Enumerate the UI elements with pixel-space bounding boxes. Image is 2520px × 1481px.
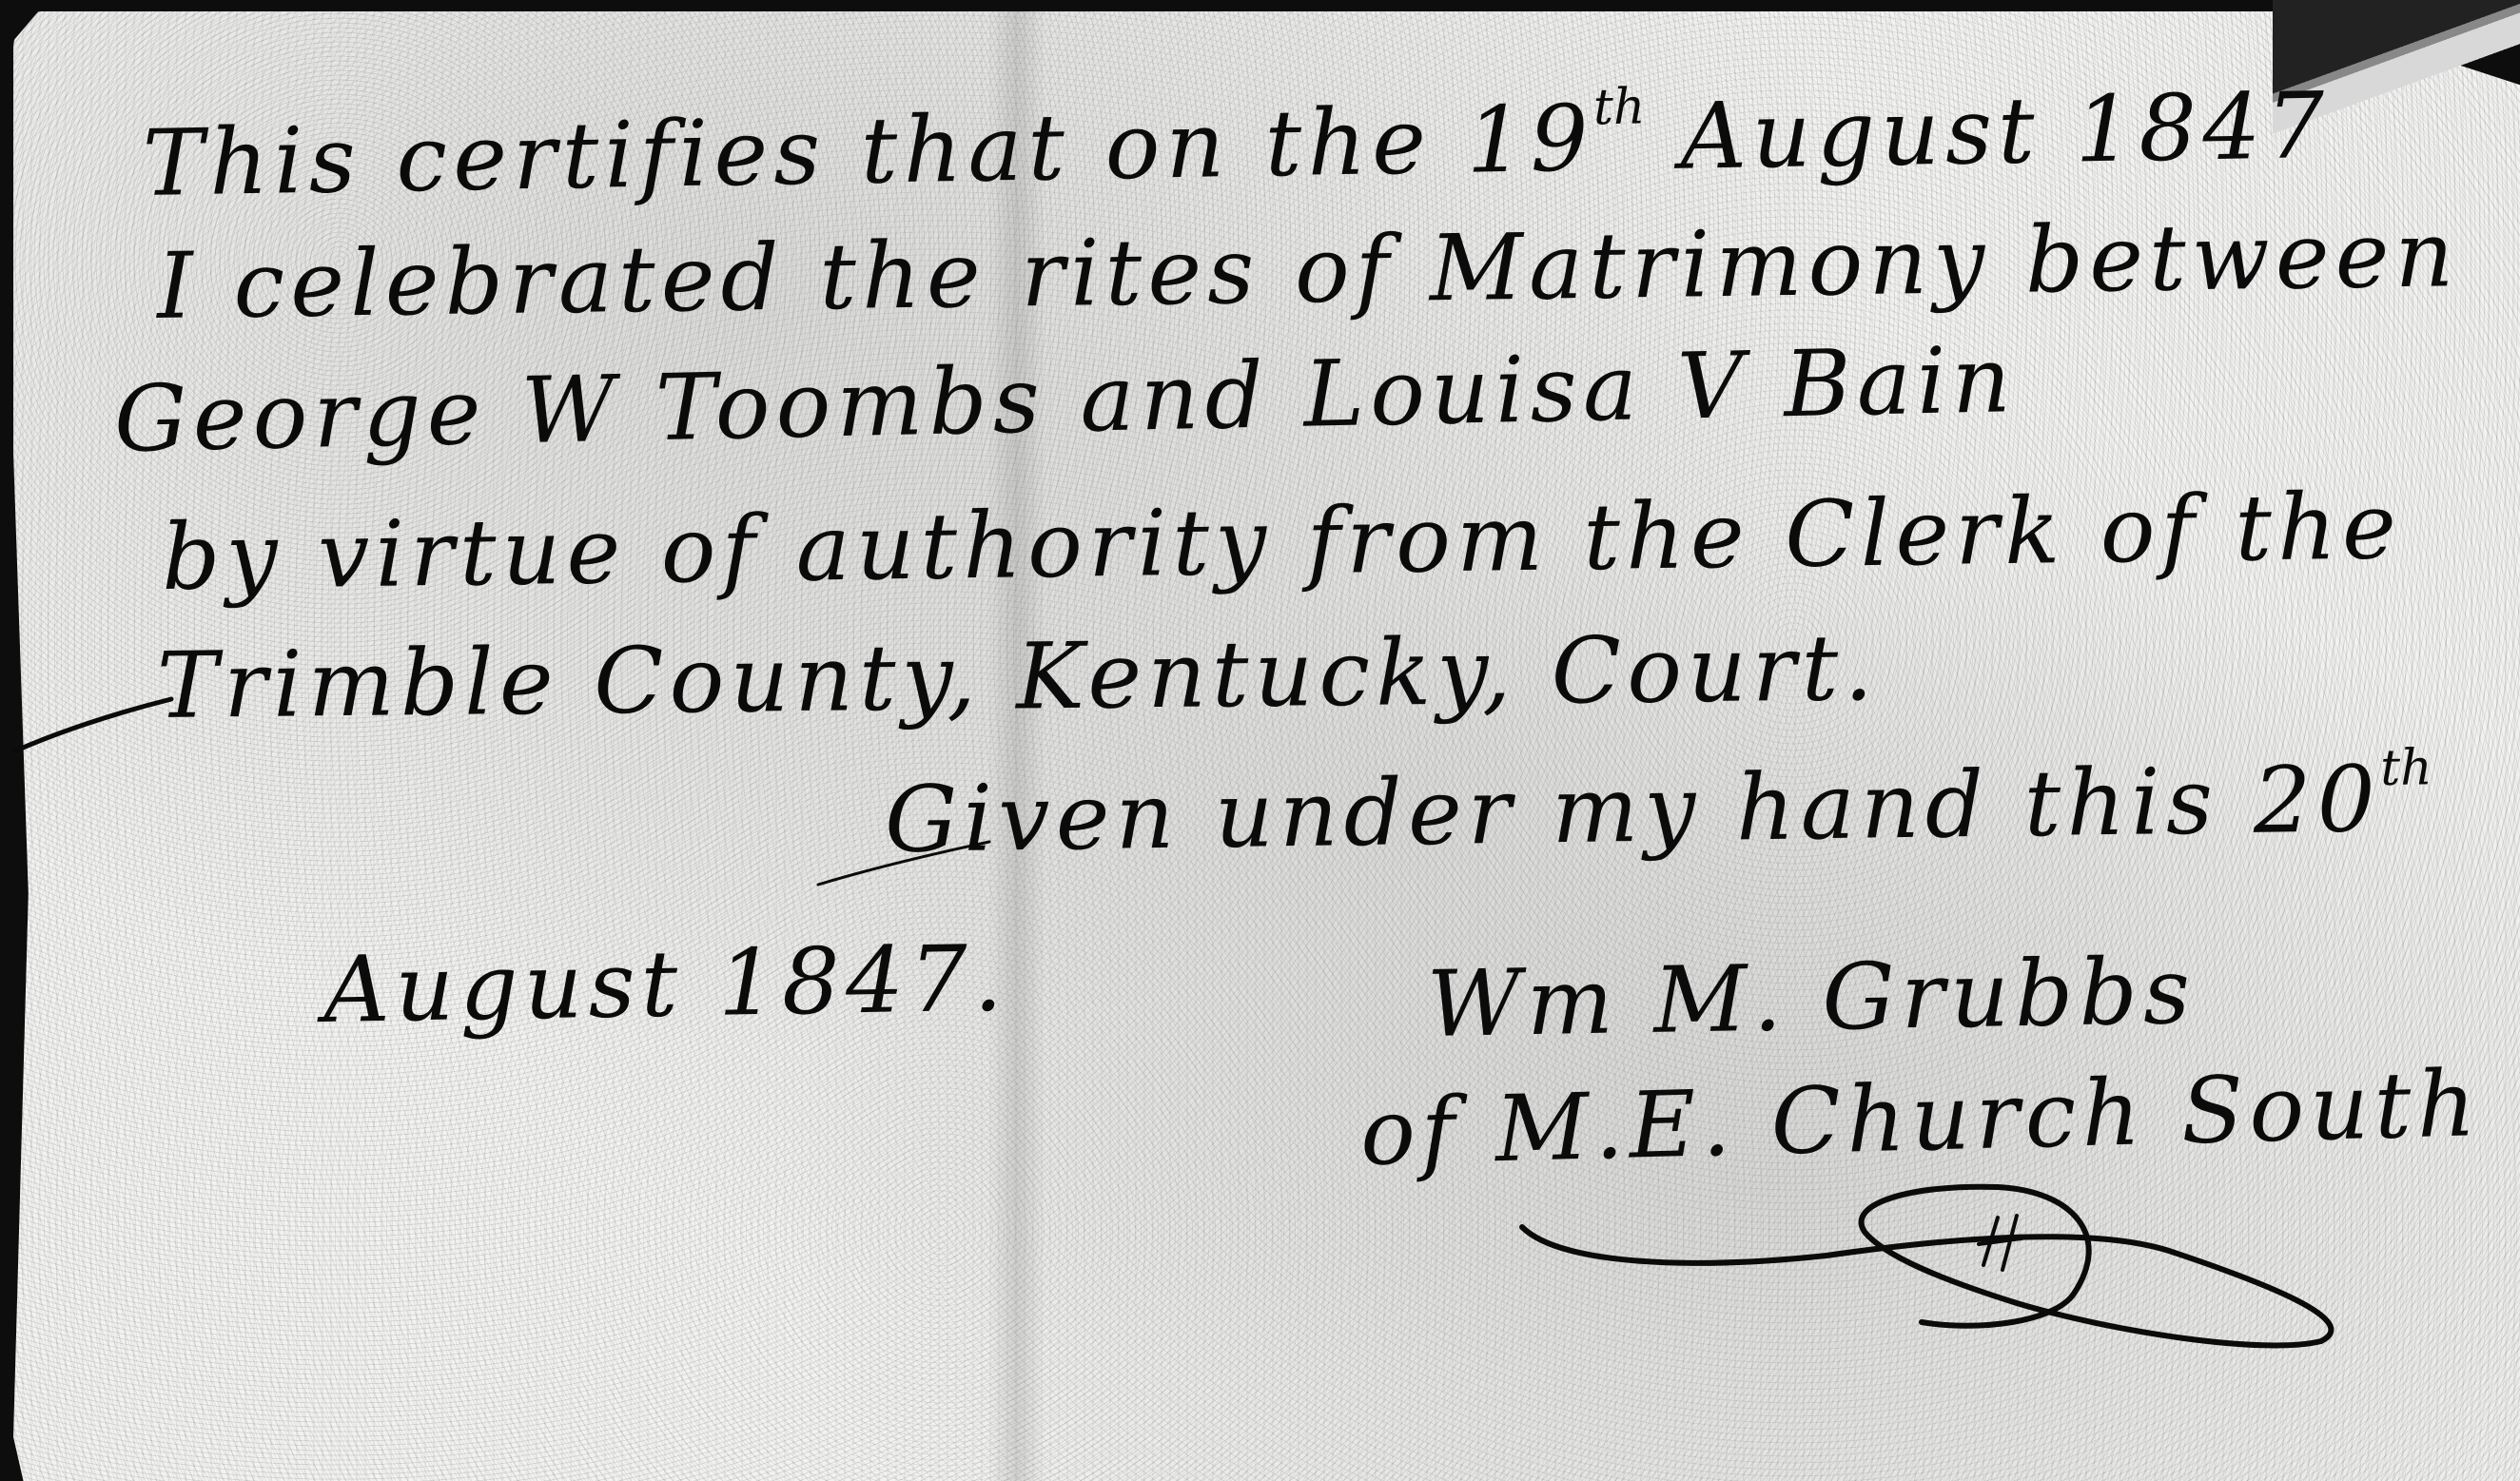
certificate-line-5-jurisdiction: Trimble County, Kentucky, Court. [156,614,1879,739]
officiant-signature: Wm M. Grubbs [1426,938,2197,1058]
jurisdiction-text: Trimble County, Kentucky, Court. [156,614,1879,739]
given-under-hand-text: Given under my hand this 20 [884,746,2381,873]
certificate-line-6: Given under my hand this 20th [884,739,2433,873]
ordinal-suffix: th [2380,739,2432,797]
signature-text: Wm M. Grubbs [1426,938,2197,1058]
marriage-date-text: August 1847 [1645,72,2331,191]
issue-date: August 1847. [322,925,1008,1043]
ordinal-suffix: th [1592,78,1645,136]
issue-date-text: August 1847. [322,925,1008,1043]
